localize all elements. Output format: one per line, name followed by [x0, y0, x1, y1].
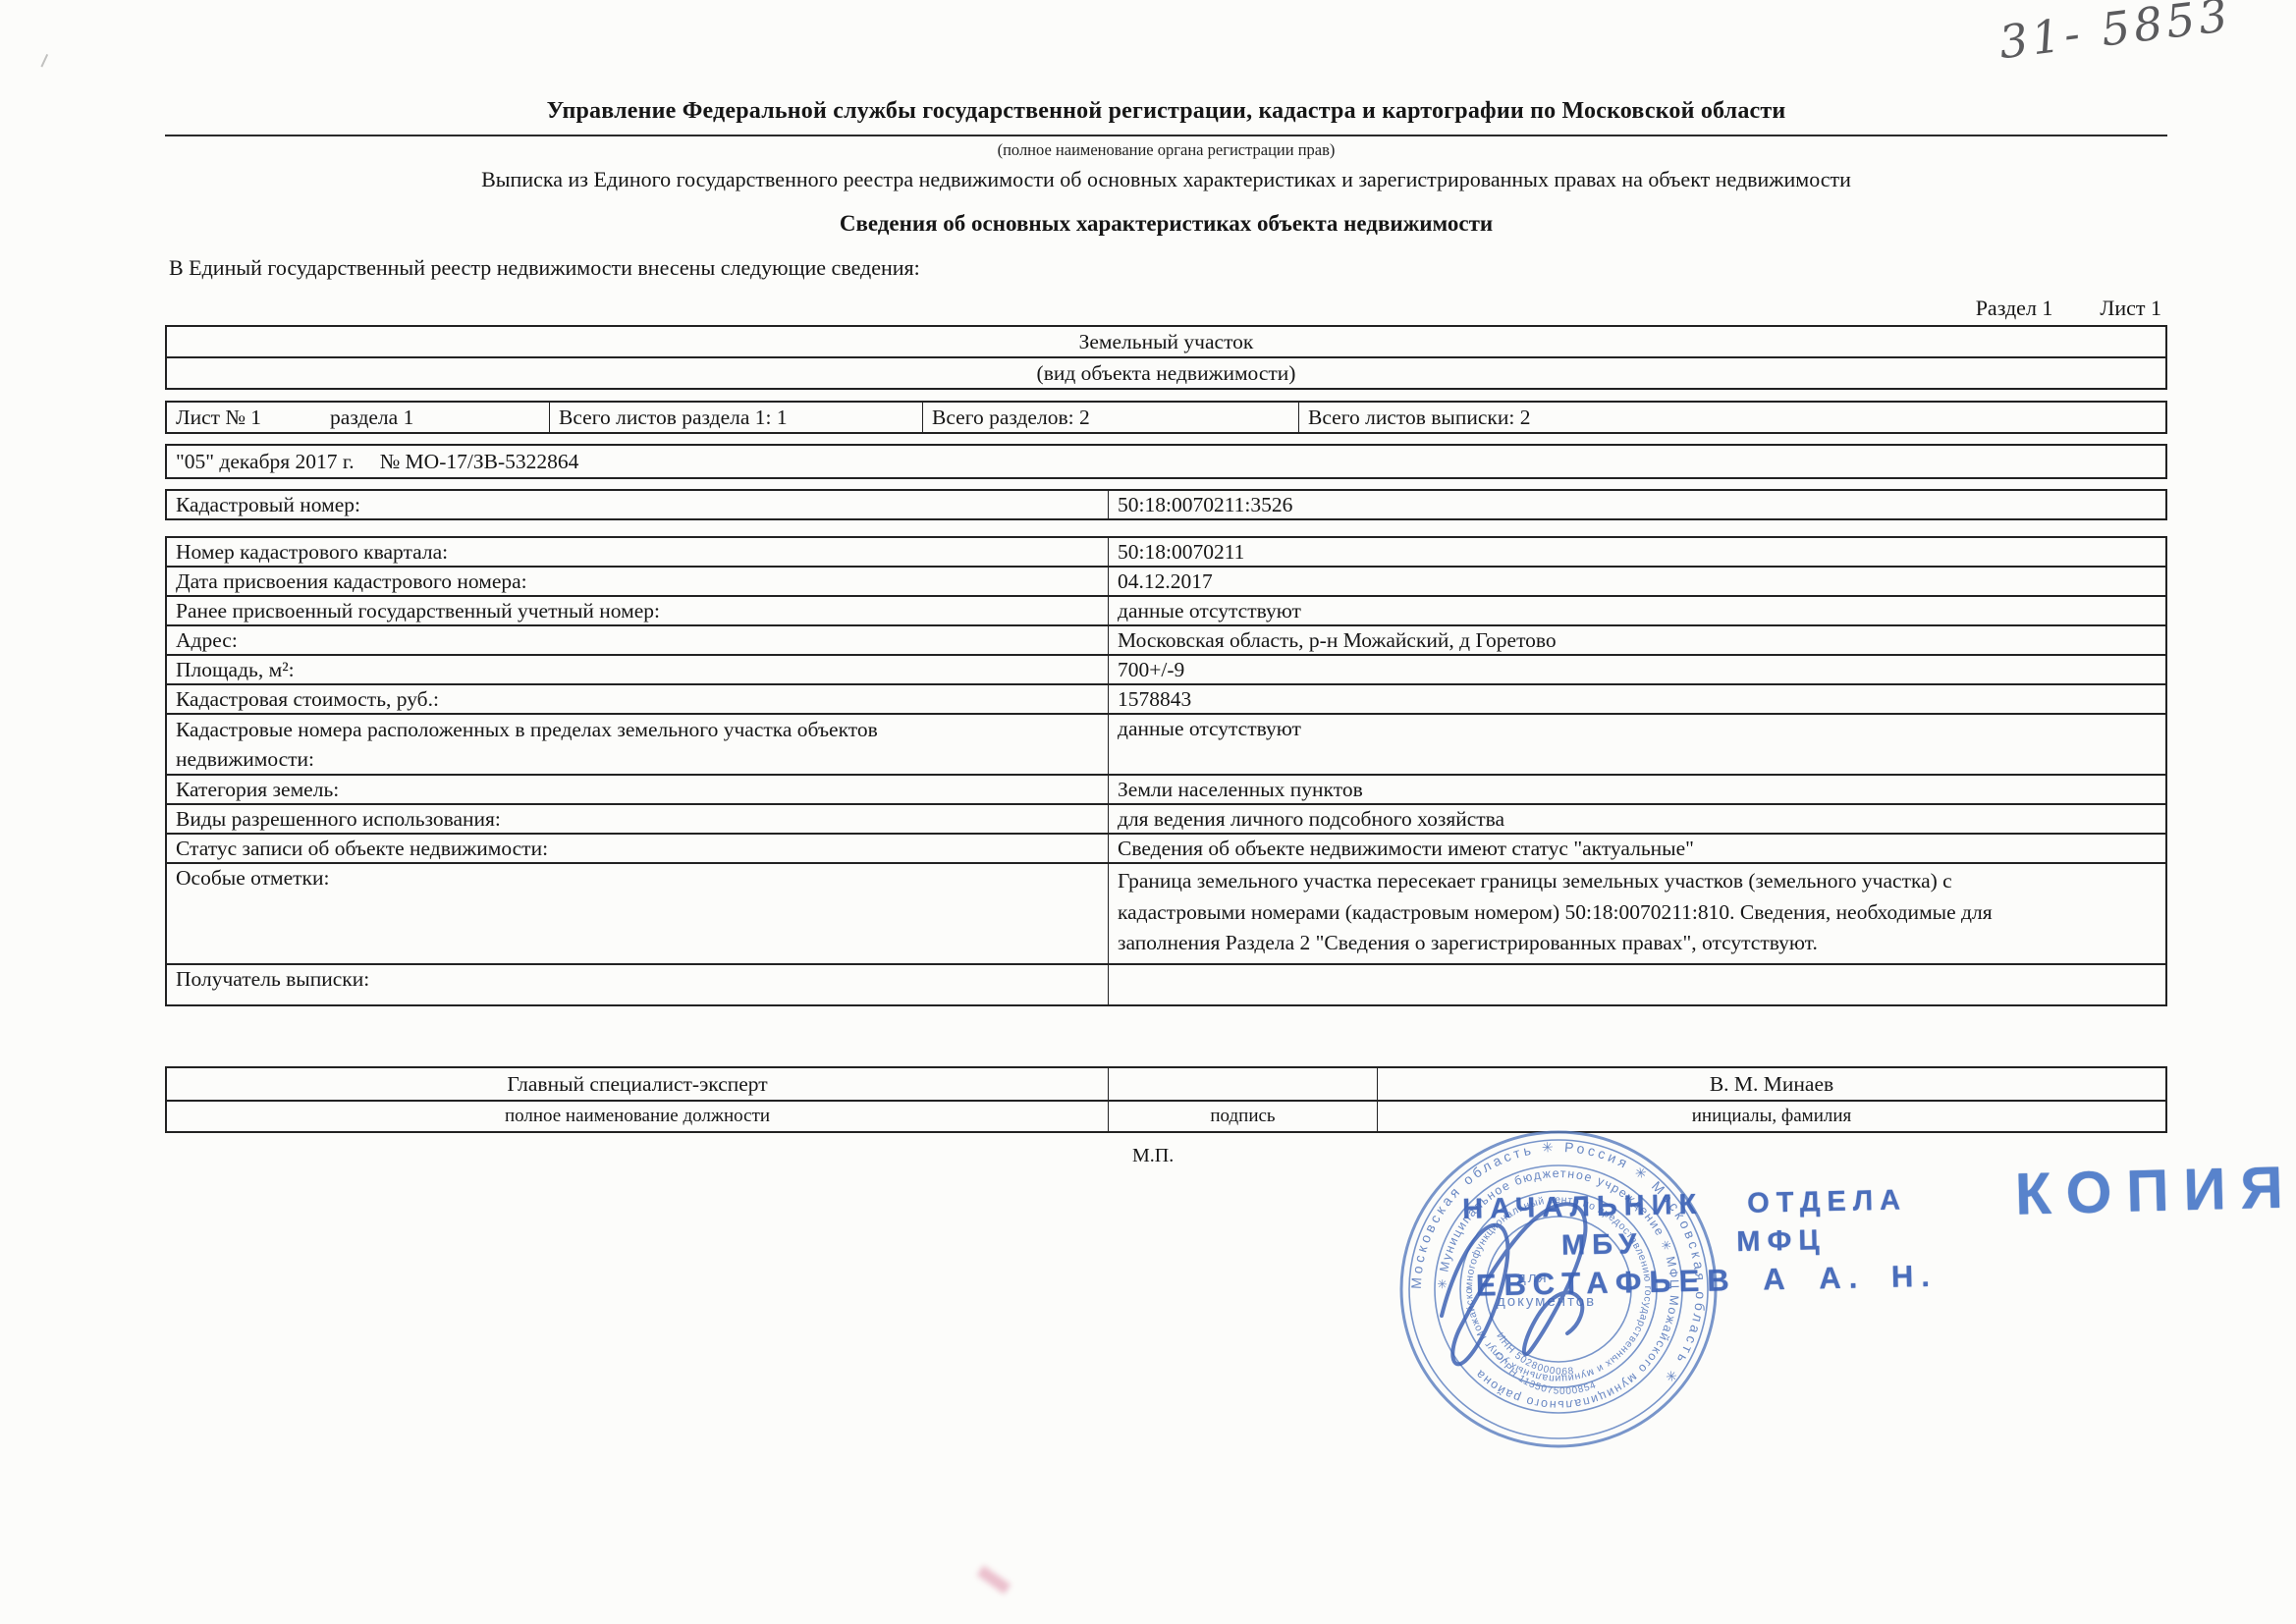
table-row: Дата присвоения кадастрового номера: 04.…	[167, 566, 2165, 595]
intro-line: В Единый государственный реестр недвижим…	[169, 255, 920, 281]
row-label: Номер кадастрового квартала:	[167, 538, 1108, 566]
row-label: Дата присвоения кадастрового номера:	[167, 568, 1108, 595]
table-row: "05" декабря 2017 г.№ МО-17/ЗВ-5322864	[167, 446, 2165, 477]
date-number-cell: "05" декабря 2017 г.№ МО-17/ЗВ-5322864	[167, 446, 2165, 477]
row-value: 50:18:0070211:3526	[1108, 491, 2165, 518]
scanned-egrn-extract-page: 31- 5853 Управление Федеральной службы г…	[0, 0, 2296, 1624]
table-row: Земельный участок	[167, 327, 2165, 356]
table-row: Площадь, м²: 700+/-9	[167, 654, 2165, 683]
sheet-number-cell: Лист № 1раздела 1	[167, 403, 549, 432]
officer-stamp: НАЧАЛЬНИК ОТДЕЛА МБУ МФЦ ЕВСТАФЬЕВ А А. …	[1435, 1182, 2046, 1305]
row-label: Статус записи об объекте недвижимости:	[167, 835, 1108, 862]
table-row: Виды разрешенного использования: для вед…	[167, 803, 2165, 833]
table-row: Кадастровая стоимость, руб.: 1578843	[167, 683, 2165, 713]
table-row: Лист № 1раздела 1 Всего листов раздела 1…	[167, 403, 2165, 432]
table-row: (вид объекта недвижимости)	[167, 356, 2165, 388]
object-type-value: Земельный участок	[167, 327, 2165, 356]
row-value: данные отсутствуют	[1108, 597, 2165, 624]
row-label: Получатель выписки:	[167, 965, 1108, 1004]
signer-name: В. М. Минаев	[1377, 1068, 2165, 1100]
section-title: Сведения об основных характеристиках объ…	[165, 211, 2167, 237]
object-type-table: Земельный участок (вид объекта недвижимо…	[165, 325, 2167, 390]
row-label: Площадь, м²:	[167, 656, 1108, 683]
signature-table: Главный специалист-эксперт В. М. Минаев …	[165, 1066, 2167, 1133]
table-row: Главный специалист-эксперт В. М. Минаев	[167, 1068, 2165, 1100]
sheets-info-table: Лист № 1раздела 1 Всего листов раздела 1…	[165, 401, 2167, 434]
row-value: 700+/-9	[1108, 656, 2165, 683]
org-name-caption: (полное наименование органа регистрации …	[165, 140, 2167, 160]
row-label: Категория земель:	[167, 776, 1108, 803]
of-section: раздела 1	[330, 406, 413, 429]
row-label: Виды разрешенного использования:	[167, 805, 1108, 833]
scan-speck	[40, 54, 53, 70]
row-value	[1108, 965, 2165, 1004]
row-value: Земли населенных пунктов	[1108, 776, 2165, 803]
section-sheet-label: Раздел 1Лист 1	[1976, 296, 2161, 321]
details-table: Номер кадастрового квартала: 50:18:00702…	[165, 536, 2167, 1006]
row-label: Кадастровый номер:	[167, 491, 1108, 518]
table-row: Получатель выписки:	[167, 963, 2165, 1004]
sheet-label: Лист 1	[2100, 296, 2161, 320]
row-value: Сведения об объекте недвижимости имеют с…	[1108, 835, 2165, 862]
sheet-number: Лист № 1	[176, 406, 261, 429]
row-value: 1578843	[1108, 685, 2165, 713]
section-label: Раздел 1	[1976, 296, 2053, 320]
handwritten-number: 31- 5853	[1996, 0, 2235, 69]
copy-stamp: КОПИЯ	[2014, 1153, 2296, 1228]
table-row: Ранее присвоенный государственный учетны…	[167, 595, 2165, 624]
object-type-caption: (вид объекта недвижимости)	[167, 358, 2165, 388]
table-row: полное наименование должности подпись ин…	[167, 1100, 2165, 1131]
total-sheets-section-cell: Всего листов раздела 1: 1	[549, 403, 922, 432]
table-row: Номер кадастрового квартала: 50:18:00702…	[167, 538, 2165, 566]
row-label: Ранее присвоенный государственный учетны…	[167, 597, 1108, 624]
signature-caption: подпись	[1108, 1102, 1377, 1131]
row-value: данные отсутствуют	[1108, 715, 2165, 774]
pink-scan-smudge	[977, 1565, 1011, 1594]
total-sheets-extract-cell: Всего листов выписки: 2	[1298, 403, 2165, 432]
header-underline	[165, 135, 2167, 136]
seal-place-label: М.П.	[1132, 1145, 1174, 1167]
signer-position: Главный специалист-эксперт	[167, 1068, 1108, 1100]
row-value: 04.12.2017	[1108, 568, 2165, 595]
row-label: Кадастровая стоимость, руб.:	[167, 685, 1108, 713]
table-row: Особые отметки: Граница земельного участ…	[167, 862, 2165, 963]
extract-title: Выписка из Единого государственного реес…	[165, 167, 2167, 192]
extract-date: "05" декабря 2017 г.	[176, 450, 355, 473]
total-sections-cell: Всего разделов: 2	[922, 403, 1298, 432]
cadastral-number-table: Кадастровый номер: 50:18:0070211:3526	[165, 489, 2167, 520]
org-name-title: Управление Федеральной службы государств…	[165, 98, 2167, 125]
row-label: Особые отметки:	[167, 864, 1108, 963]
table-row: Категория земель: Земли населенных пункт…	[167, 774, 2165, 803]
table-row: Статус записи об объекте недвижимости: С…	[167, 833, 2165, 862]
extract-number: № МО-17/ЗВ-5322864	[380, 450, 579, 473]
table-row: Адрес: Московская область, р-н Можайский…	[167, 624, 2165, 654]
table-row: Кадастровые номера расположенных в преде…	[167, 713, 2165, 774]
row-value: 50:18:0070211	[1108, 538, 2165, 566]
date-number-box: "05" декабря 2017 г.№ МО-17/ЗВ-5322864	[165, 444, 2167, 479]
row-value: Граница земельного участка пересекает гр…	[1108, 864, 2031, 963]
signature-cell	[1108, 1068, 1377, 1100]
row-value: Московская область, р-н Можайский, д Гор…	[1108, 626, 2165, 654]
officer-stamp-line3: ЕВСТАФЬЕВ А А. Н.	[1436, 1257, 2046, 1305]
row-label: Кадастровые номера расположенных в преде…	[167, 715, 1108, 774]
table-row: Кадастровый номер: 50:18:0070211:3526	[167, 491, 2165, 518]
position-caption: полное наименование должности	[167, 1102, 1108, 1131]
row-value: для ведения личного подсобного хозяйства	[1108, 805, 2165, 833]
row-label: Адрес:	[167, 626, 1108, 654]
